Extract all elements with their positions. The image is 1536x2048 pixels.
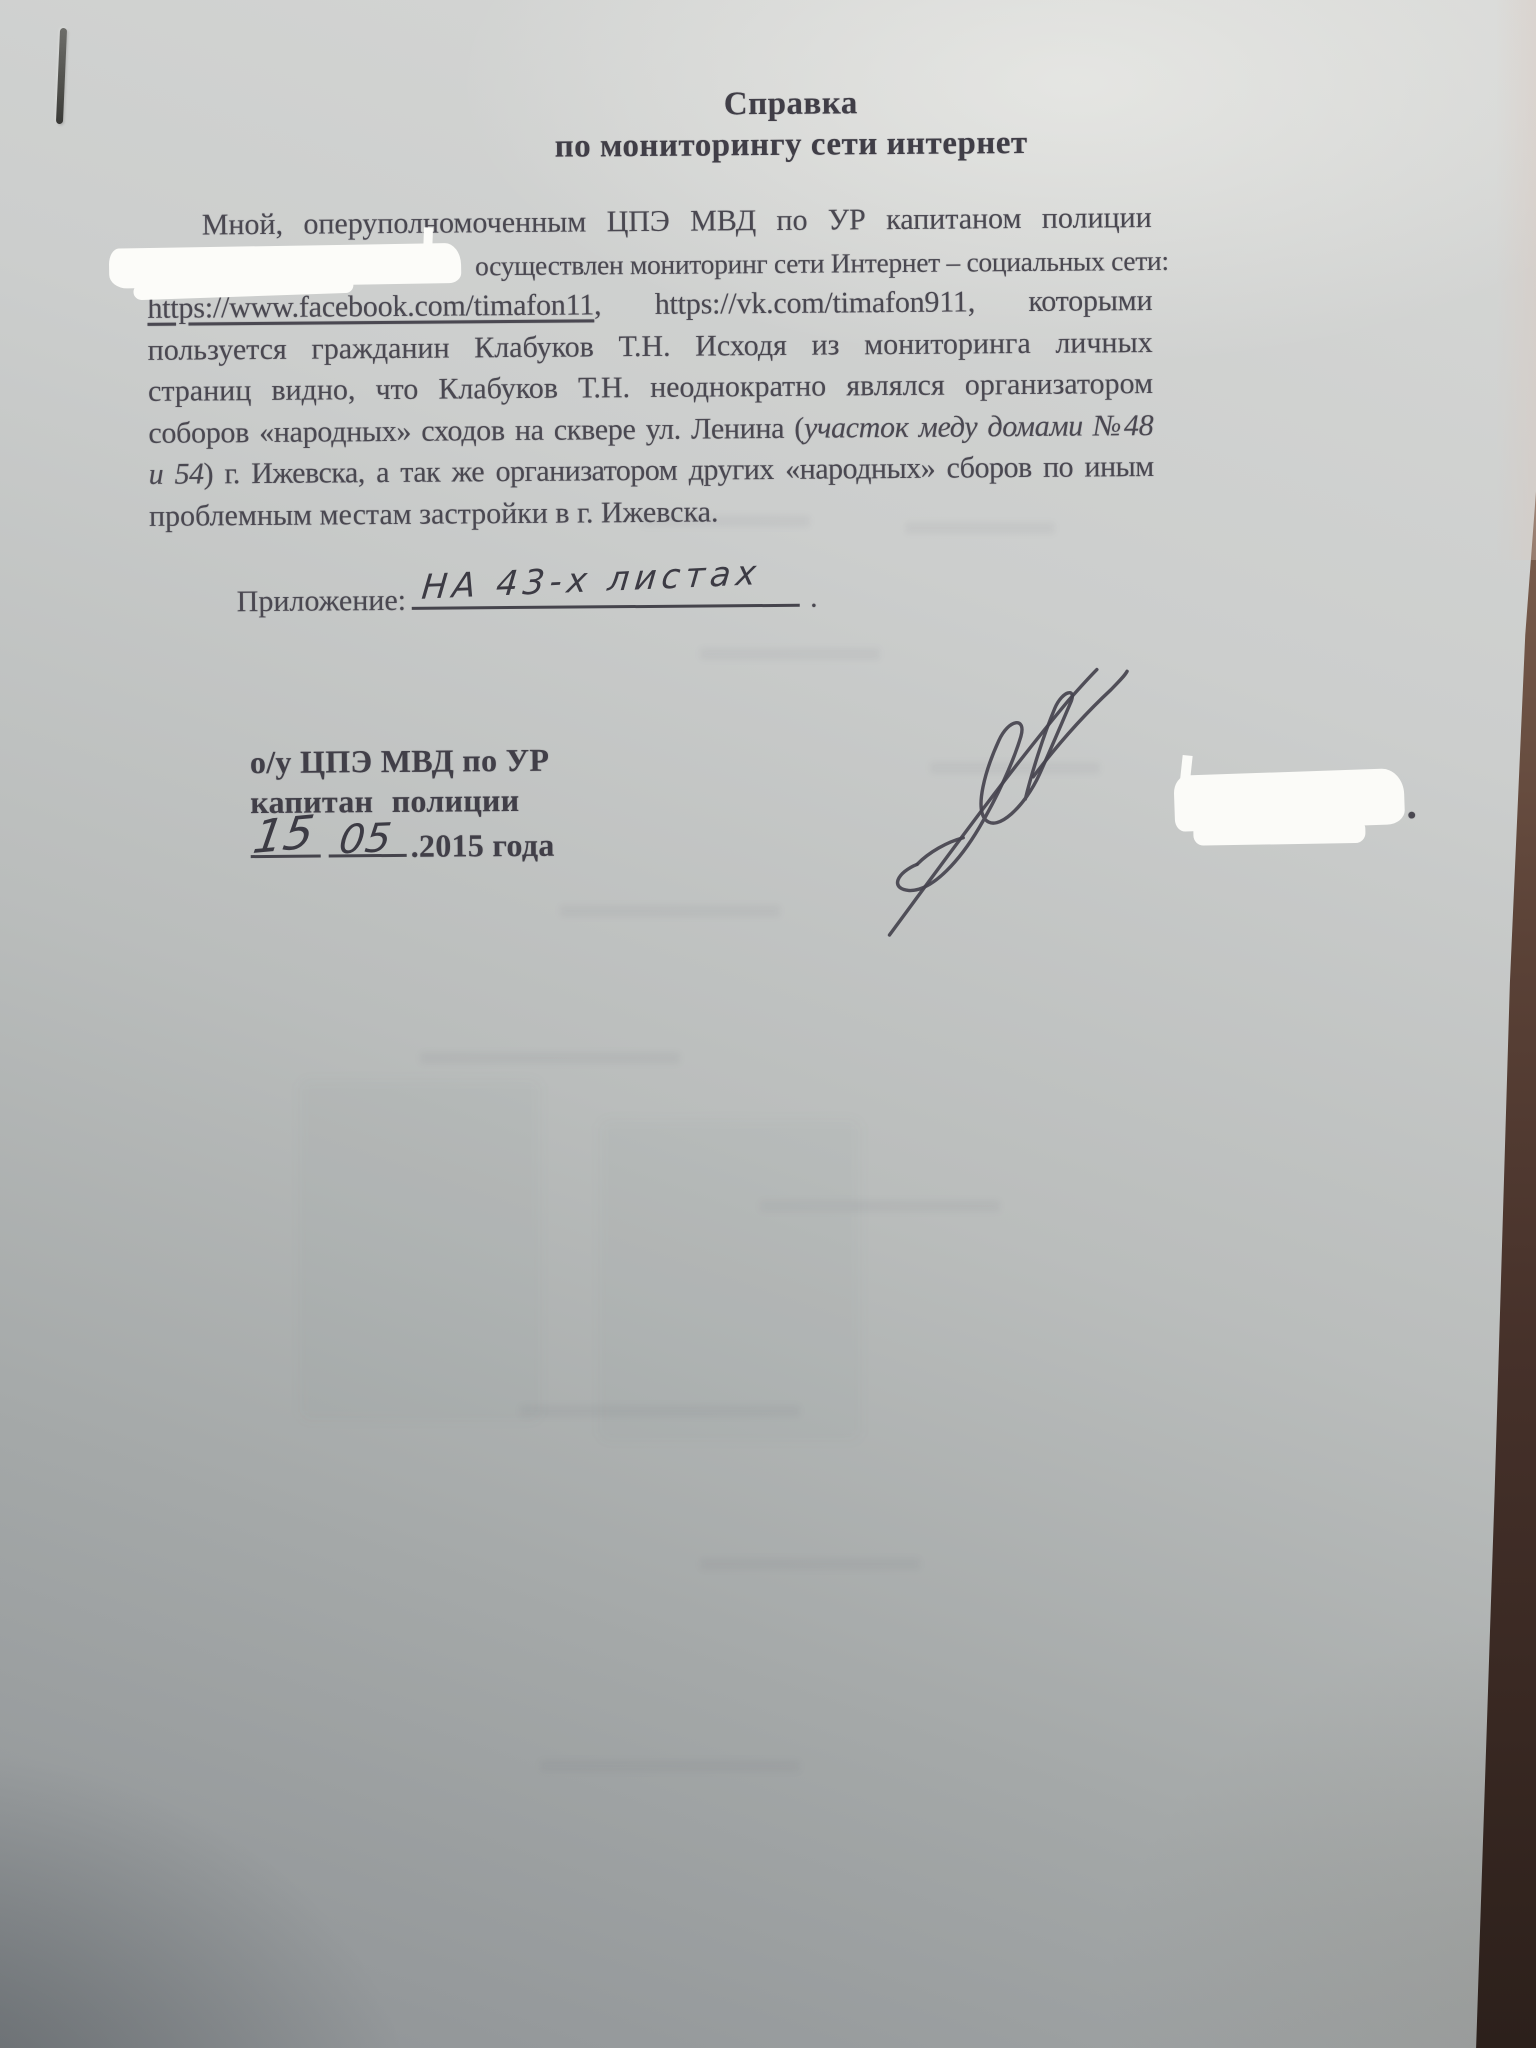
date-line: 1505.2015 года [250, 823, 554, 867]
body-text: Мной, оперуполномоченным ЦПЭ МВД по УР к… [202, 201, 1152, 241]
redaction-period: . [1406, 781, 1417, 829]
attachment-handwritten-text: НА 43-х листах [420, 552, 763, 609]
body-text-italic: участок меду домами №48 [804, 408, 1154, 444]
date-year-text: .2015 года [410, 827, 554, 864]
attachment-line: Приложение:НА 43-х листах. [236, 568, 817, 624]
officer-title-line: о/у ЦПЭ МВД по УР [250, 740, 554, 782]
document-photo: Справка по мониторингу сети интернет Мно… [0, 0, 1536, 2048]
body-text: страниц видно, что Клабуков Т.Н. неоднок… [148, 367, 1153, 408]
body-line-5: страниц видно, что Клабуков Т.Н. неоднок… [148, 363, 1153, 412]
body-line-7: и 54) г. Ижевска, а так же организатором… [149, 446, 1154, 495]
signature-scribble [871, 655, 1155, 949]
body-text-italic: и 54 [149, 457, 204, 490]
date-day-underline: 15 [250, 825, 320, 859]
handwritten-day: 15 [251, 812, 317, 858]
date-month-underline: 05 [328, 824, 406, 858]
body-line-1: Мной, оперуполномоченным ЦПЭ МВД по УР к… [147, 197, 1152, 246]
body-paragraph: Мной, оперуполномоченным ЦПЭ МВД по УР к… [147, 197, 1155, 537]
attachment-label: Приложение: [237, 584, 407, 618]
body-text: пользуется гражданин Клабуков Т.Н. Исход… [148, 325, 1153, 366]
redaction-signature-blob [1173, 768, 1405, 832]
handwritten-month: 05 [337, 818, 394, 860]
attachment-underline: НА 43-х листах [412, 568, 800, 610]
body-text: ) г. Ижевска, а так же организатором дру… [203, 450, 1153, 490]
body-text: , https://vk.com/timafon911, которыми [594, 284, 1153, 321]
body-text: проблемным местам застройки в г. Ижевска… [149, 495, 719, 532]
officer-signature-block: о/у ЦПЭ МВД по УР капитан полиции 1505.2… [250, 740, 555, 867]
redaction-name-blob [109, 242, 462, 288]
attachment-period: . [810, 581, 818, 614]
body-text: соборов «народных» сходов на сквере ул. … [148, 411, 804, 449]
body-line-8: проблемным местам застройки в г. Ижевска… [149, 487, 1154, 536]
body-text: осуществлен мониторинг сети Интернет – с… [475, 244, 1169, 280]
document-page: Справка по мониторингу сети интернет Мно… [0, 0, 1536, 2048]
document-title: Справка по мониторингу сети интернет [23, 78, 1536, 172]
